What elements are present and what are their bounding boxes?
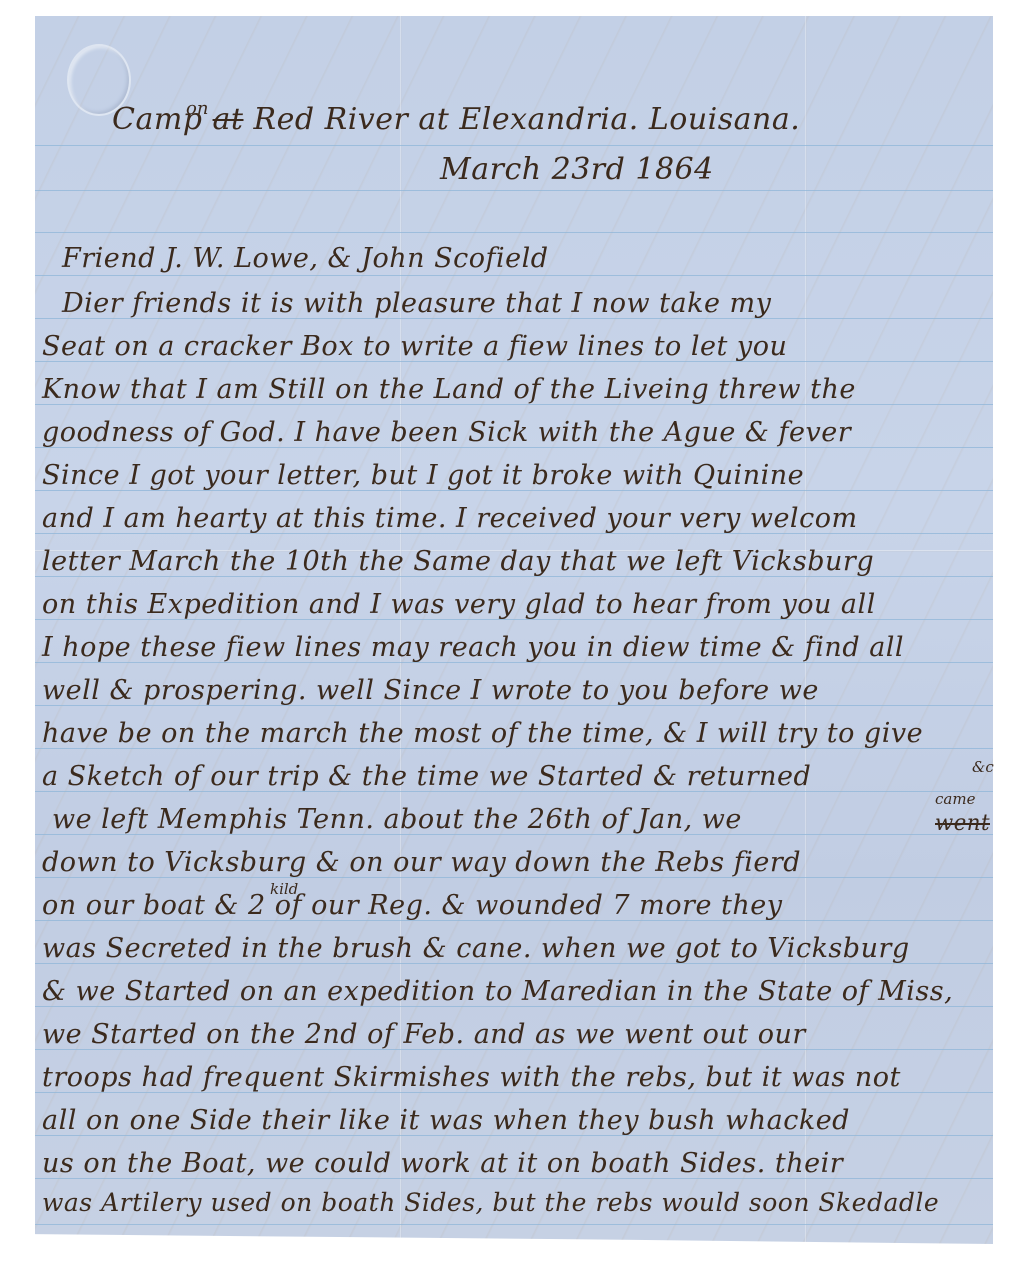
body-line: Dier friends it is with pleasure that I … [62, 290, 771, 317]
body-line: goodness of God. I have been Sick with t… [42, 419, 851, 446]
body-line: & we Started on an expedition to Maredia… [42, 978, 953, 1005]
body-line: was Secreted in the brush & cane. when w… [42, 935, 910, 962]
marginal-note: &c [972, 758, 994, 776]
inserted-word: came [935, 790, 975, 808]
body-line: on our boat & 2 of our Reg. & wounded 7 … [42, 892, 782, 919]
heading-place: Camp at Red River at Elexandria. Louisan… [112, 105, 800, 135]
body-line: I hope these fiew lines may reach you in… [42, 634, 904, 661]
heading-inserted-word: on [186, 98, 208, 119]
body-line: all on one Side their like it was when t… [42, 1107, 850, 1134]
letter-paper [35, 16, 993, 1244]
body-line: Since I got your letter, but I got it br… [42, 462, 804, 489]
body-line: Know that I am Still on the Land of the … [42, 376, 856, 403]
vertical-fold [805, 16, 807, 1244]
inserted-word: kild [270, 880, 298, 898]
body-line: on this Expedition and I was very glad t… [42, 591, 876, 618]
body-line: we Started on the 2nd of Feb. and as we … [42, 1021, 806, 1048]
body-line: down to Vicksburg & on our way down the … [42, 849, 801, 876]
body-line: and I am hearty at this time. I received… [42, 505, 858, 532]
body-line: we left Memphis Tenn. about the 26th of … [52, 806, 742, 833]
ruled-line [35, 145, 993, 146]
body-line: have be on the march the most of the tim… [42, 720, 923, 747]
heading-place-rest: Red River at Elexandria. Louisana. [254, 102, 801, 137]
body-line: troops had frequent Skirmishes with the … [42, 1064, 901, 1091]
struck-word: went [935, 813, 990, 835]
body-line: a Sketch of our trip & the time we Start… [42, 763, 811, 790]
ruled-line [35, 1224, 993, 1225]
heading-date: March 23rd 1864 [440, 155, 714, 185]
ruled-line [35, 275, 993, 276]
body-line: Seat on a cracker Box to write a fiew li… [42, 333, 787, 360]
body-line: well & prospering. well Since I wrote to… [42, 677, 819, 704]
body-line: was Artilery used on boath Sides, but th… [42, 1190, 939, 1215]
vertical-fold [400, 16, 402, 1244]
body-line: letter March the 10th the Same day that … [42, 548, 874, 575]
body-line: us on the Boat, we could work at it on b… [42, 1150, 843, 1177]
heading-struck-word: at [213, 102, 244, 137]
ruled-line [35, 190, 993, 191]
salutation: Friend J. W. Lowe, & John Scofield [62, 245, 549, 272]
ruled-line [35, 232, 993, 233]
